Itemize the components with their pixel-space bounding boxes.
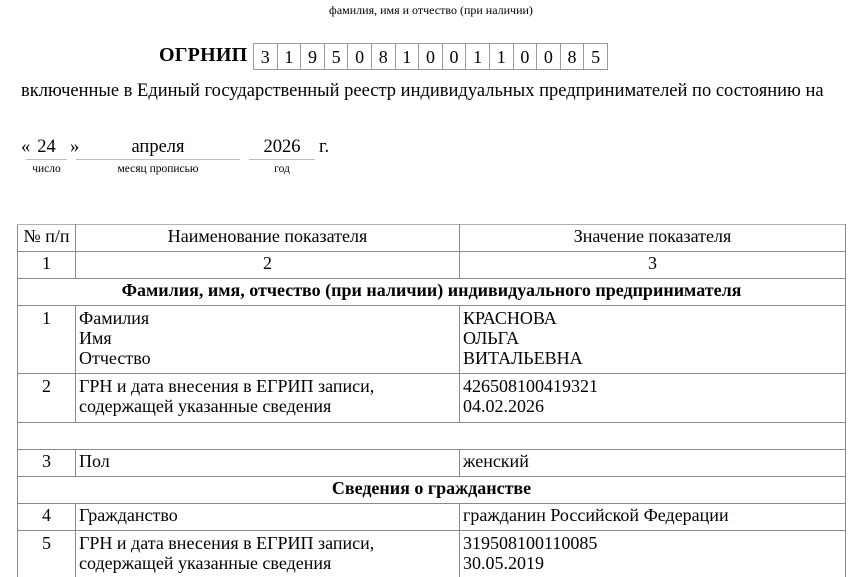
value-patronymic: ВИТАЛЬЕВНА [463, 348, 842, 368]
ogrnip-digit: 0 [537, 43, 561, 70]
table-row: 1 Фамилия Имя Отчество КРАСНОВА ОЛЬГА ВИ… [18, 306, 846, 374]
ogrnip-digit: 1 [278, 43, 302, 70]
year-caption: год [249, 163, 315, 175]
section-row-citizenship: Сведения о гражданстве [18, 477, 846, 504]
column-numbers-row: 1 2 3 [18, 252, 846, 279]
date-year: 2026 [249, 136, 315, 158]
ogrnip-label: ОГРНИП [159, 44, 247, 67]
ogrnip-digit: 8 [561, 43, 585, 70]
row-value: КРАСНОВА ОЛЬГА ВИТАЛЬЕВНА [460, 306, 846, 374]
column-header-value: Значение показателя [460, 225, 846, 252]
label-name: Имя [79, 328, 456, 348]
row-value: гражданин Российской Федерации [460, 504, 846, 531]
section-title: Фамилия, имя, отчество (при наличии) инд… [18, 279, 846, 306]
label-line: содержащей указанные сведения [79, 396, 456, 416]
section-title: Сведения о гражданстве [18, 477, 846, 504]
table-row: 2 ГРН и дата внесения в ЕГРИП записи, со… [18, 374, 846, 423]
value-grn: 426508100419321 [463, 376, 842, 396]
label-line: содержащей указанные сведения [79, 553, 456, 573]
row-value: женский [460, 450, 846, 477]
ogrnip-digit: 0 [348, 43, 372, 70]
value-date: 30.05.2019 [463, 553, 842, 573]
ogrnip-digit: 1 [490, 43, 514, 70]
row-label: ГРН и дата внесения в ЕГРИП записи, соде… [76, 374, 460, 423]
day-caption: число [26, 163, 67, 175]
column-number: 2 [76, 252, 460, 279]
row-number: 3 [18, 450, 76, 477]
ogrnip-digit: 0 [514, 43, 538, 70]
column-number: 3 [460, 252, 846, 279]
intro-text: включенные в Единый государственный реес… [21, 81, 841, 101]
row-value: 319508100110085 30.05.2019 [460, 531, 846, 577]
table-header-row: № п/п Наименование показателя Значение п… [18, 225, 846, 252]
ogrnip-digit: 1 [466, 43, 490, 70]
ogrnip-digit: 9 [301, 43, 325, 70]
row-label: ГРН и дата внесения в ЕГРИП записи, соде… [76, 531, 460, 577]
ogrnip-digit: 1 [396, 43, 420, 70]
label-line: ГРН и дата внесения в ЕГРИП записи, [79, 376, 456, 396]
label-patronymic: Отчество [79, 348, 456, 368]
value-surname: КРАСНОВА [463, 308, 842, 328]
table-row: 3 Пол женский [18, 450, 846, 477]
date-year-suffix: г. [319, 136, 329, 158]
value-grn: 319508100110085 [463, 533, 842, 553]
ogrnip-digit: 3 [254, 43, 278, 70]
value-date: 04.02.2026 [463, 396, 842, 416]
row-number: 1 [18, 306, 76, 374]
ogrnip-digit: 5 [325, 43, 349, 70]
year-underline [249, 159, 315, 160]
empty-row [18, 423, 846, 450]
column-header-indicator: Наименование показателя [76, 225, 460, 252]
ogrnip-digit: 5 [584, 43, 608, 70]
label-surname: Фамилия [79, 308, 456, 328]
ogrnip-digit: 8 [372, 43, 396, 70]
row-value: 426508100419321 04.02.2026 [460, 374, 846, 423]
month-underline [76, 159, 240, 160]
row-label: Пол [76, 450, 460, 477]
table-row: 5 ГРН и дата внесения в ЕГРИП записи, со… [18, 531, 846, 577]
row-label: Фамилия Имя Отчество [76, 306, 460, 374]
row-number: 5 [18, 531, 76, 577]
row-label: Гражданство [76, 504, 460, 531]
fio-caption: фамилия, имя и отчество (при наличии) [0, 3, 862, 18]
register-table: № п/п Наименование показателя Значение п… [17, 224, 846, 577]
date-day: 24 [26, 136, 67, 158]
row-number: 4 [18, 504, 76, 531]
month-caption: месяц прописью [76, 163, 240, 175]
date-month: апреля [76, 136, 240, 158]
column-number: 1 [18, 252, 76, 279]
row-number: 2 [18, 374, 76, 423]
empty-cell [18, 423, 846, 450]
column-header-number: № п/п [18, 225, 76, 252]
section-row-fio: Фамилия, имя, отчество (при наличии) инд… [18, 279, 846, 306]
ogrnip-digit-boxes: 3 1 9 5 0 8 1 0 0 1 1 0 0 8 5 [253, 43, 608, 70]
table-row: 4 Гражданство гражданин Российской Федер… [18, 504, 846, 531]
ogrnip-digit: 0 [419, 43, 443, 70]
label-line: ГРН и дата внесения в ЕГРИП записи, [79, 533, 456, 553]
ogrnip-digit: 0 [443, 43, 467, 70]
value-name: ОЛЬГА [463, 328, 842, 348]
day-underline [26, 159, 67, 160]
